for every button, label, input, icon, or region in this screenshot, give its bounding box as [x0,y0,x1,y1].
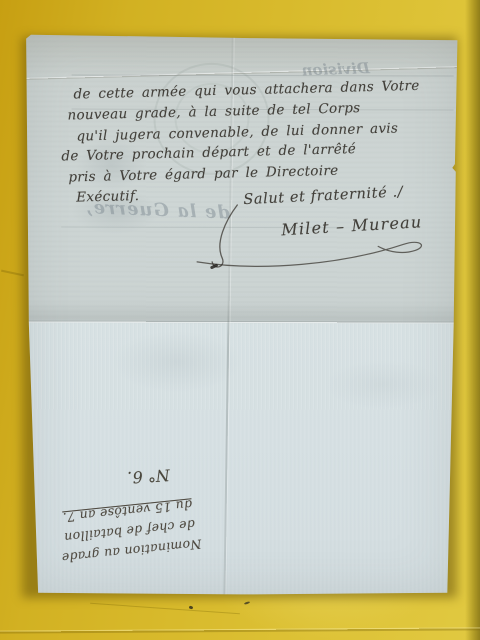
photo-backdrop: Division de la Guerre, de cette armée qu… [0,0,480,640]
paper-vignette [24,32,458,595]
letter-sheet: Division de la Guerre, de cette armée qu… [24,32,458,595]
backdrop-right-fold-shadow [465,0,480,640]
backdrop-left-crease [1,270,24,277]
